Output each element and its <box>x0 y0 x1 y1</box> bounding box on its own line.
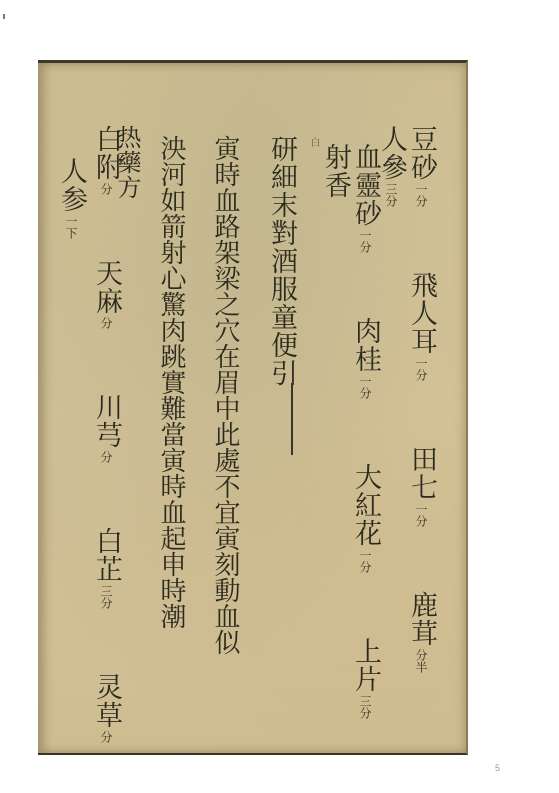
drug-item: 川芎分 <box>91 393 121 463</box>
column-1: 豆砂一分 飛人耳一分 田七一分 鹿茸分半 人參三分 <box>376 125 436 753</box>
drug-item: 上片三分 <box>350 637 380 719</box>
drug-item: 飛人耳一分 <box>406 271 436 381</box>
drug-item: 鹿茸分半 <box>406 591 436 673</box>
column-rule-line <box>291 383 293 455</box>
drug-item: 人参一下 <box>56 157 86 239</box>
page-number: 5 <box>495 763 500 773</box>
marginal-annotation: 白 <box>306 137 321 147</box>
drug-item: 豆砂一分 <box>406 125 436 207</box>
manuscript-page: 豆砂一分 飛人耳一分 田七一分 鹿茸分半 人參三分 血靈砂一分 肉桂一分 大紅花… <box>38 60 468 755</box>
column-7: 白附分 天麻分 川芎分 白芷三分 灵草分 人参一下 <box>56 125 126 753</box>
drug-item: 灵草分 <box>91 673 121 743</box>
drug-item: 天麻分 <box>91 259 121 329</box>
drug-item: 血靈砂一分 <box>350 143 380 253</box>
column-5: 泱河如箭射心驚肉跳實難當寅時血起申時潮 <box>156 135 186 629</box>
drug-item: 大紅花一分 <box>350 463 380 573</box>
drug-item: 白附分 <box>91 125 121 195</box>
drug-item: 射香 <box>320 143 350 199</box>
column-4: 寅時血路架梁之穴在眉中此處不宜寅刻動血似 <box>210 135 240 655</box>
column-3: 研細末對酒服童便引 <box>266 135 296 387</box>
column-2: 血靈砂一分 肉桂一分 大紅花一分 上片三分 射香 <box>320 143 380 753</box>
drug-item: 田七一分 <box>406 445 436 527</box>
drug-item: 白芷三分 <box>91 527 121 609</box>
drug-item: 肉桂一分 <box>350 317 380 399</box>
scan-mark <box>3 14 5 19</box>
